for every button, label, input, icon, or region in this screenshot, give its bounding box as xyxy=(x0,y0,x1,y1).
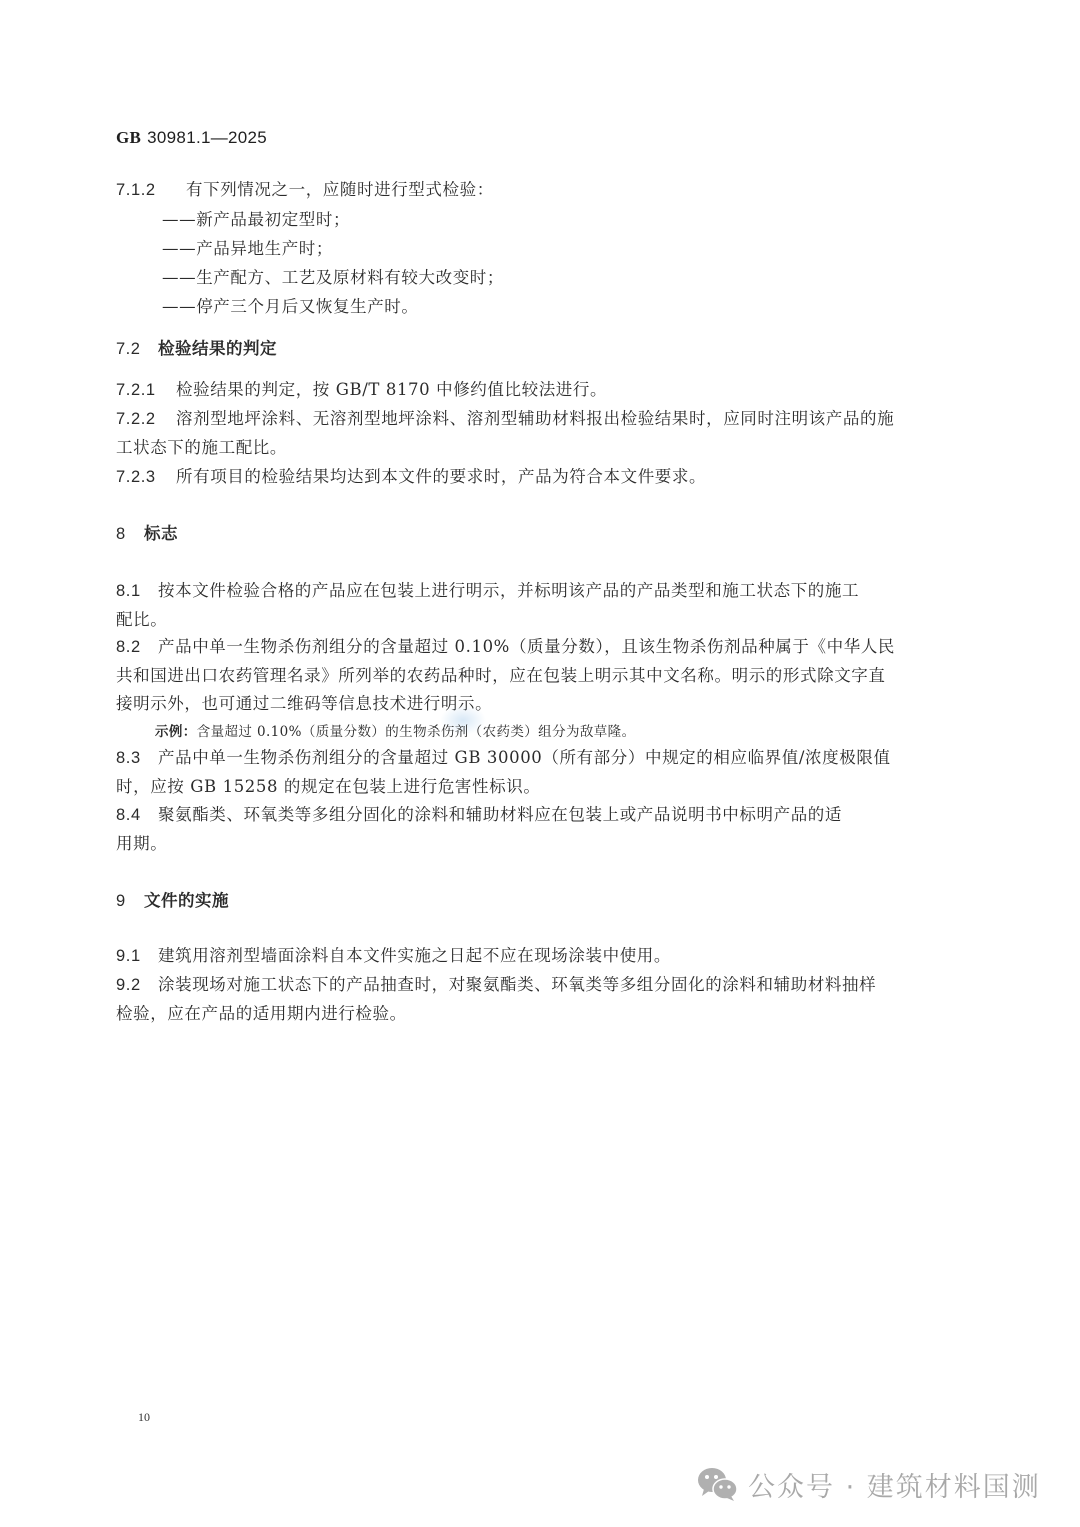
clause-7-2-3: 7.2.3所有项目的检验结果均达到本文件的要求时，产品为符合本文件要求。 xyxy=(116,465,706,489)
page-number: 10 xyxy=(138,1410,150,1425)
list-item: ——生产配方、工艺及原材料有较大改变时； xyxy=(162,266,504,290)
clause-8-4-continued: 用期。 xyxy=(116,832,167,856)
wechat-icon xyxy=(696,1466,740,1502)
clause-7-2-1: 7.2.1检验结果的判定，按 GB/T 8170 中修约值比较法进行。 xyxy=(116,378,607,402)
clause-text: 建筑用溶剂型墙面涂料自本文件实施之日起不应在现场涂装中使用。 xyxy=(158,946,671,965)
example-text: 含量超过 0.10%（质量分数）的生物杀伤剂（农药类）组分为敌草隆。 xyxy=(197,724,636,740)
example-label: 示例： xyxy=(155,724,197,740)
list-item: ——停产三个月后又恢复生产时。 xyxy=(162,295,419,319)
standard-code: GB30981.1—2025 xyxy=(116,128,267,148)
clause-9-2: 9.2涂装现场对施工状态下的产品抽查时，对聚氨酯类、环氧类等多组分固化的涂料和辅… xyxy=(116,973,876,997)
section-heading-7-2: 7.2检验结果的判定 xyxy=(116,337,277,361)
standard-number: 30981.1—2025 xyxy=(147,128,267,147)
watermark: 公众号 · 建筑材料国测 xyxy=(696,1462,1041,1506)
section-heading-8: 8标志 xyxy=(116,522,178,546)
heading-title: 检验结果的判定 xyxy=(158,339,277,358)
clause-8-4: 8.4聚氨酯类、环氧类等多组分固化的涂料和辅助材料应在包装上或产品说明书中标明产… xyxy=(116,803,842,827)
clause-number: 8.3 xyxy=(116,746,158,770)
clause-text: 按本文件检验合格的产品应在包装上进行明示，并标明该产品的产品类型和施工状态下的施… xyxy=(158,581,859,600)
clause-7-2-2: 7.2.2溶剂型地坪涂料、无溶剂型地坪涂料、溶剂型辅助材料报出检验结果时，应同时… xyxy=(116,407,894,431)
heading-title: 文件的实施 xyxy=(144,891,229,910)
clause-number: 7.2.2 xyxy=(116,407,176,431)
example-note: 示例：含量超过 0.10%（质量分数）的生物杀伤剂（农药类）组分为敌草隆。 xyxy=(155,720,635,744)
list-item: ——产品异地生产时； xyxy=(162,237,333,261)
clause-number: 9.2 xyxy=(116,973,158,997)
clause-number: 7.2.3 xyxy=(116,465,176,489)
clause-text: 检验结果的判定，按 GB/T 8170 中修约值比较法进行。 xyxy=(176,380,607,399)
clause-8-1-continued: 配比。 xyxy=(116,608,167,632)
clause-number: 8.4 xyxy=(116,803,158,827)
clause-number: 7.1.2 xyxy=(116,178,186,202)
clause-text: 产品中单一生物杀伤剂组分的含量超过 0.10%（质量分数），且该生物杀伤剂品种属… xyxy=(158,637,895,656)
clause-number: 8.2 xyxy=(116,635,158,659)
heading-title: 标志 xyxy=(144,524,178,543)
clause-text: 有下列情况之一，应随时进行型式检验： xyxy=(186,180,494,199)
heading-number: 9 xyxy=(116,889,144,913)
clause-number: 8.1 xyxy=(116,579,158,603)
clause-7-1-2: 7.1.2有下列情况之一，应随时进行型式检验： xyxy=(116,178,494,202)
watermark-text: 公众号 · 建筑材料国测 xyxy=(748,1465,1041,1504)
clause-number: 7.2.1 xyxy=(116,378,176,402)
clause-8-1: 8.1按本文件检验合格的产品应在包装上进行明示，并标明该产品的产品类型和施工状态… xyxy=(116,579,859,603)
list-item: ——新产品最初定型时； xyxy=(162,208,350,232)
clause-8-2: 8.2产品中单一生物杀伤剂组分的含量超过 0.10%（质量分数），且该生物杀伤剂… xyxy=(116,635,895,659)
clause-8-2-continued: 接明示外，也可通过二维码等信息技术进行明示。 xyxy=(116,692,492,716)
document-page: GB30981.1—2025 7.1.2有下列情况之一，应随时进行型式检验： —… xyxy=(0,0,1080,1527)
standard-prefix: GB xyxy=(116,128,141,147)
clause-9-1: 9.1建筑用溶剂型墙面涂料自本文件实施之日起不应在现场涂装中使用。 xyxy=(116,944,671,968)
section-heading-9: 9文件的实施 xyxy=(116,889,229,913)
clause-text: 产品中单一生物杀伤剂组分的含量超过 GB 30000（所有部分）中规定的相应临界… xyxy=(158,748,891,767)
clause-8-2-continued: 共和国进出口农药管理名录》所列举的农药品种时，应在包装上明示其中文名称。明示的形… xyxy=(116,664,886,688)
clause-8-3-continued: 时，应按 GB 15258 的规定在包装上进行危害性标识。 xyxy=(116,775,540,799)
clause-text: 涂装现场对施工状态下的产品抽查时，对聚氨酯类、环氧类等多组分固化的涂料和辅助材料… xyxy=(158,975,876,994)
heading-number: 7.2 xyxy=(116,337,158,361)
clause-text: 溶剂型地坪涂料、无溶剂型地坪涂料、溶剂型辅助材料报出检验结果时，应同时注明该产品… xyxy=(176,409,894,428)
clause-9-2-continued: 检验，应在产品的适用期内进行检验。 xyxy=(116,1002,407,1026)
heading-number: 8 xyxy=(116,522,144,546)
clause-number: 9.1 xyxy=(116,944,158,968)
clause-8-3: 8.3产品中单一生物杀伤剂组分的含量超过 GB 30000（所有部分）中规定的相… xyxy=(116,746,891,770)
clause-7-2-2-continued: 工状态下的施工配比。 xyxy=(116,436,287,460)
clause-text: 聚氨酯类、环氧类等多组分固化的涂料和辅助材料应在包装上或产品说明书中标明产品的适 xyxy=(158,805,842,824)
clause-text: 所有项目的检验结果均达到本文件的要求时，产品为符合本文件要求。 xyxy=(176,467,706,486)
